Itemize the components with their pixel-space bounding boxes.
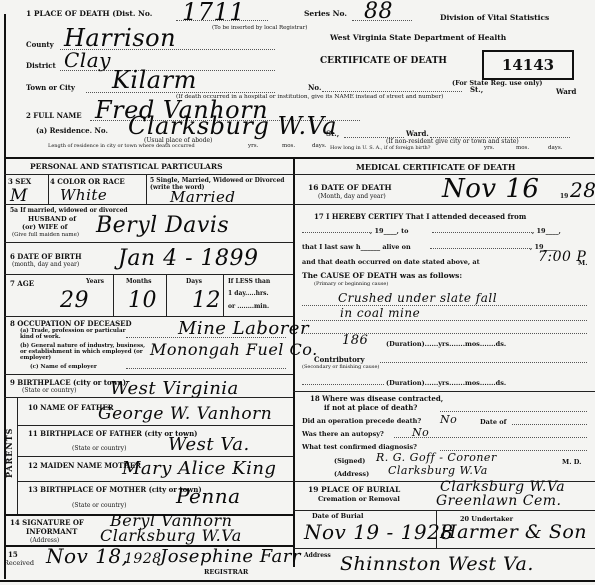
age-days-value: 12 xyxy=(192,290,221,312)
no-label: No. xyxy=(308,84,321,91)
signed-label: (Signed) xyxy=(334,458,365,465)
mother-name-value: Mary Alice King xyxy=(122,460,276,478)
division-title: Division of Vital Statistics xyxy=(440,14,549,22)
dod-year-prefix: 19 xyxy=(560,194,568,200)
burial-date: Nov 19 - 1928 xyxy=(304,522,454,542)
st-label: St., xyxy=(470,86,483,93)
cause-line-1: Crushed under slate fall xyxy=(338,292,497,304)
received-year: 1928 xyxy=(124,552,162,566)
divider-main xyxy=(4,157,594,159)
usa-yrs: yrs. xyxy=(484,146,494,152)
personal-section-title: PERSONAL AND STATISTICAL PARTICULARS xyxy=(30,163,223,171)
marital-value: Married xyxy=(170,190,235,205)
left-border xyxy=(4,14,6,579)
contributory-label: Contributory xyxy=(314,356,365,363)
occupation-line xyxy=(126,337,286,338)
parents-label: PARENTS xyxy=(4,428,14,478)
medical-rule-2 xyxy=(293,391,595,392)
state-reg-no: 14143 xyxy=(482,50,574,80)
department-title: West Virginia State Department of Health xyxy=(330,34,506,42)
length-yrs: yrs. xyxy=(248,144,258,150)
father-birth-value: West Va. xyxy=(168,436,250,454)
county-value: Harrison xyxy=(64,26,176,50)
spouse-value: Beryl Davis xyxy=(96,215,229,237)
registrar-label: REGISTRAR xyxy=(204,569,248,576)
mother-birth-sub: (State or country) xyxy=(72,503,126,509)
undertaker-address-label: Address xyxy=(304,553,331,559)
test-label: What test confirmed diagnosis? xyxy=(302,444,417,451)
registrar-signature: Josephine Farr xyxy=(160,548,301,566)
sex-value: M xyxy=(10,188,28,205)
occ-b-label: (b) General nature of industry, business… xyxy=(20,343,150,361)
date-of-label: Date of xyxy=(480,419,506,426)
series-label: Series No. xyxy=(304,10,347,18)
burial-place-label-1: 19 PLACE OF BURIAL xyxy=(308,486,400,494)
father-birth-sub: (State or country) xyxy=(72,446,126,452)
dod-sub: (Month, day and year) xyxy=(318,194,386,200)
months-label: Months xyxy=(126,279,152,285)
duration-2: (Duration)......yrs.......mos.......ds. xyxy=(386,380,506,387)
row-rule-4 xyxy=(4,316,293,317)
last-saw-line xyxy=(430,248,530,249)
row-rule-5 xyxy=(4,374,293,375)
attend-to-line xyxy=(432,232,532,233)
contributory-sub: (Secondary or finishing cause) xyxy=(302,365,379,370)
dod-label: 16 DATE OF DEATH xyxy=(308,184,392,192)
dod-year: 28 xyxy=(570,180,595,200)
race-marital-divider xyxy=(146,174,147,204)
row-rule-9 xyxy=(17,481,293,482)
row-rule-8 xyxy=(17,456,293,457)
row-rule-6 xyxy=(4,397,293,398)
residence-value: Clarksburg W.Va xyxy=(128,114,337,138)
dod-value: Nov 16 xyxy=(442,176,539,202)
days-label: Days xyxy=(186,279,202,285)
undertaker-value: Harmer & Son xyxy=(440,523,587,542)
residence-label: (a) Residence. No. xyxy=(36,127,108,134)
informant-label-1: 14 SIGNATURE OF xyxy=(10,519,84,526)
full-name-label: 2 FULL NAME xyxy=(26,112,82,119)
contributory-line-2 xyxy=(302,384,384,385)
age-years-value: 29 xyxy=(60,290,89,312)
certify-text: 17 I HEREBY CERTIFY That I attended dece… xyxy=(314,213,526,220)
operation-label: Did an operation precede death? xyxy=(302,418,421,425)
age-days-divider xyxy=(223,274,224,316)
burial-place-1: Clarksburg W.Va xyxy=(440,480,565,494)
cause-sub: (Primary or beginning cause) xyxy=(314,282,388,287)
length-residence-note: Length of residence in city or town wher… xyxy=(48,144,195,149)
md-label: M. D. xyxy=(562,459,581,466)
length-mos: mos. xyxy=(282,144,295,150)
town-value: Kilarm xyxy=(112,68,197,92)
less-than-label: If LESS than xyxy=(228,279,270,285)
years-label: Years xyxy=(86,279,104,285)
race-label: 4 COLOR OR RACE xyxy=(50,178,125,185)
burial-date-label: Date of Burial xyxy=(312,513,363,520)
autopsy-line xyxy=(394,437,587,438)
usa-days: days. xyxy=(548,146,562,152)
occ-c-label: (c) Name of employer xyxy=(30,365,97,371)
town-line xyxy=(86,92,275,93)
m-label: M. xyxy=(578,260,587,267)
certificate-title: CERTIFICATE OF DEATH xyxy=(320,57,447,66)
received-label: Received xyxy=(4,560,34,567)
length-days: days. xyxy=(312,144,326,150)
attend-from-line xyxy=(302,232,370,233)
birthplace-sub: (State or country) xyxy=(22,388,76,394)
attend-19-a: , 19____, to xyxy=(370,228,408,235)
informant-label-2: INFORMANT xyxy=(26,528,77,535)
dob-label: 6 DATE OF BIRTH xyxy=(10,253,82,260)
informant-address: Clarksburg W.Va xyxy=(100,528,242,544)
residence-st-label: St., xyxy=(326,130,339,137)
residence-ward-label: Ward. xyxy=(406,130,429,137)
medical-rule-1 xyxy=(293,204,595,205)
dist-no-line xyxy=(176,20,268,21)
date-of-line xyxy=(512,424,587,425)
dob-sub: (month, day and year) xyxy=(12,262,79,268)
contributory-line xyxy=(380,362,587,363)
cause-line-2: in coal mine xyxy=(340,307,420,319)
medical-section-title: MEDICAL CERTIFICATE OF DEATH xyxy=(356,163,515,171)
sex-race-divider xyxy=(48,174,49,204)
employer-value: Monongah Fuel Co. xyxy=(150,342,318,358)
row-rule-1 xyxy=(4,204,293,205)
occupation-label: 8 OCCUPATION OF DECEASED xyxy=(10,320,132,327)
usa-mos: mos. xyxy=(516,146,529,152)
burial-place-2: Greenlawn Cem. xyxy=(436,494,561,508)
no-line xyxy=(322,91,462,92)
spouse-label-3: (or) WIFE of xyxy=(22,224,67,231)
death-certificate: 1 PLACE OF DEATH (Dist. No. 1711 (To be … xyxy=(0,0,595,585)
spouse-label-2: HUSBAND of xyxy=(28,216,76,223)
burial-place-label-2: Cremation or Removal xyxy=(318,496,400,503)
contracted-line xyxy=(440,411,587,412)
contracted-label-1: 18 Where was disease contracted, xyxy=(310,395,443,402)
row-rule-2 xyxy=(4,242,293,243)
medical-rule-4 xyxy=(293,510,595,511)
age-label: 7 AGE xyxy=(10,280,34,287)
signed-address: Clarksburg W.Va xyxy=(388,465,488,476)
occupation-value: Mine Laborer xyxy=(178,320,309,338)
bottom-border xyxy=(0,580,595,582)
medical-rule-5 xyxy=(293,548,595,549)
last-saw-text: that I last saw h______ alive on xyxy=(302,244,411,251)
place-of-death-label: 1 PLACE OF DEATH (Dist. No. xyxy=(26,10,152,18)
signed-value: R. G. Goff - Coroner xyxy=(376,452,497,463)
town-label: Town or City xyxy=(26,84,75,91)
received-date: Nov 18, xyxy=(46,546,129,566)
sex-label: 3 SEX xyxy=(8,178,31,185)
attend-19-b: , 19____, xyxy=(532,228,561,235)
district-label: District xyxy=(26,62,56,69)
birthplace-value: West Virginia xyxy=(110,380,239,398)
spouse-label-4: (Give full maiden name) xyxy=(12,233,79,239)
death-occurred-text: and that death occurred on date stated a… xyxy=(302,259,480,266)
age-months-divider xyxy=(166,274,167,316)
series-line xyxy=(352,20,412,21)
state-reg-note: (For State Reg. use only) xyxy=(452,80,542,87)
cause-code: 186 xyxy=(342,334,368,347)
dist-note: (To be inserted by local Registrar) xyxy=(212,26,307,32)
cause-line-2-rule xyxy=(302,320,587,321)
dob-value: Jan 4 - 1899 xyxy=(118,248,259,270)
race-value: White xyxy=(60,188,107,203)
county-label: County xyxy=(26,41,54,48)
ward-label: Ward xyxy=(556,88,576,95)
contracted-label-2: if not at place of death? xyxy=(324,404,417,411)
operation-value: No xyxy=(440,414,457,425)
column-divider xyxy=(293,157,295,567)
address-label: (Address) xyxy=(334,471,369,478)
district-value: Clay xyxy=(64,50,111,70)
age-years-divider xyxy=(113,274,114,316)
one-day-label: 1 day.....hrs. xyxy=(228,291,269,297)
row-rule-7 xyxy=(17,425,293,426)
father-name-value: George W. Vanhorn xyxy=(98,406,272,423)
or-min-label: or ........min. xyxy=(228,304,269,310)
employer-line xyxy=(126,368,286,369)
cause-label: The CAUSE OF DEATH was as follows: xyxy=(302,272,462,280)
row-rule-3 xyxy=(4,274,293,275)
autopsy-label: Was there an autopsy? xyxy=(302,431,384,438)
occ-a-label: (a) Trade, profession or particular kind… xyxy=(20,328,130,340)
undertaker-address: Shinnston West Va. xyxy=(340,555,534,574)
received-no: 15 xyxy=(8,551,18,558)
birthplace-label: 9 BIRTHPLACE (city or town) xyxy=(10,379,126,386)
mother-birth-value: Penna xyxy=(176,486,241,506)
duration-1: (Duration)......yrs.......mos.......ds. xyxy=(386,341,506,348)
age-months-value: 10 xyxy=(128,290,157,312)
usa-note: How long in U. S. A., if of foreign birt… xyxy=(330,146,430,151)
